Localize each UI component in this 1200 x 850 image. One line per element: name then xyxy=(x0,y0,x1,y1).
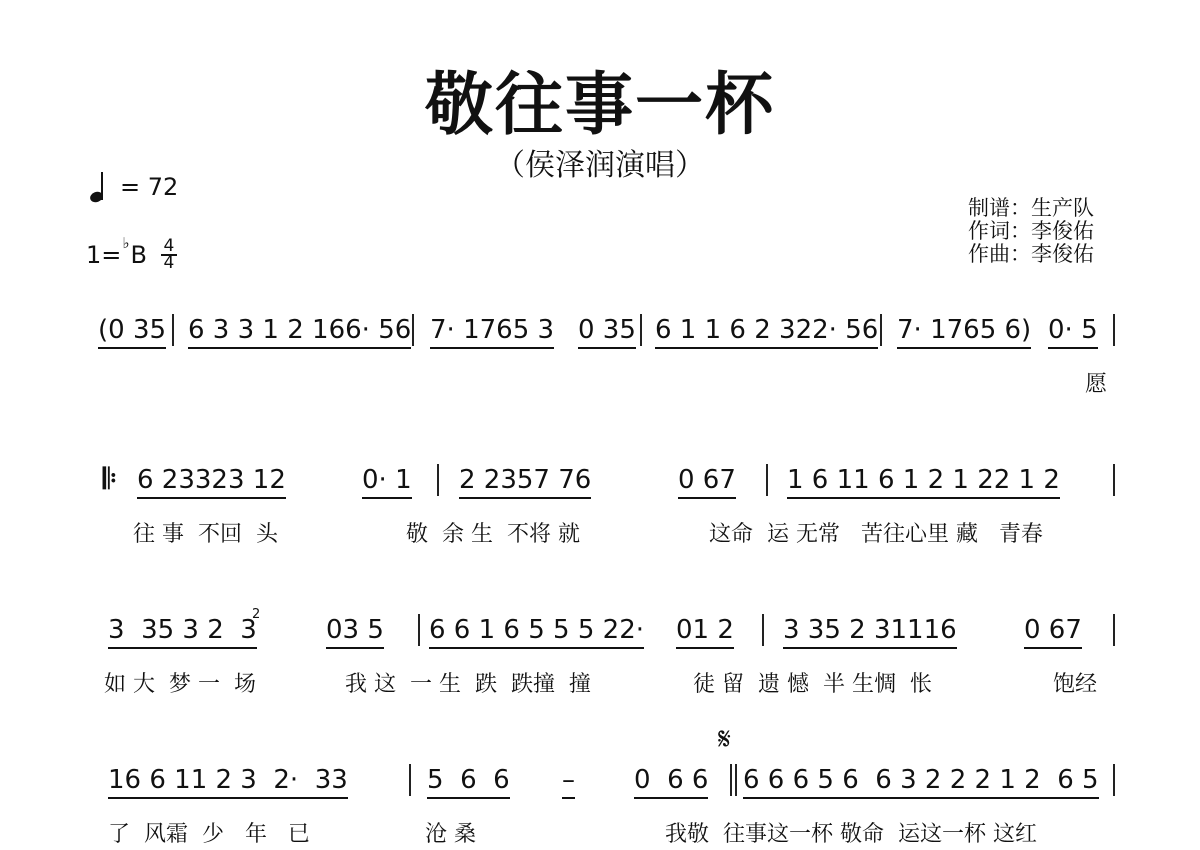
key-note: B xyxy=(130,238,146,272)
song-title: 敬往事一杯 xyxy=(0,66,1200,146)
credits: 制谱：生产队 作词：李俊佑 作曲：李俊佑 xyxy=(968,197,1094,266)
bar-line xyxy=(172,314,174,346)
grace-note: 2 xyxy=(252,600,260,630)
lyric-text: 我 这 一 生 跌 跌撞 撞 xyxy=(345,672,591,698)
quarter-note-icon xyxy=(90,170,106,204)
beam-line xyxy=(634,797,708,799)
lyric-text: 敬 余 生 不将 就 xyxy=(406,522,580,548)
credit-composer: 作曲：李俊佑 xyxy=(968,243,1094,266)
time-sig-top: 4 xyxy=(164,239,175,254)
bar-line xyxy=(1113,464,1115,496)
lyric-text: 往 事 不回 头 xyxy=(133,522,278,548)
lyric-text: 我敬 往事这一杯 敬命 运这一杯 这红 xyxy=(665,822,1037,848)
note-group: 6 3 3 1 2 166· 56 xyxy=(188,315,411,345)
note-group: 7· 1765 3 xyxy=(430,315,554,345)
note-group: 16 6 11 2 3 2· 33 xyxy=(108,765,348,795)
note-group: 3 35 3 2 3 xyxy=(108,615,257,645)
lyric-text: 这命 运 无常 苦往心里 藏 青春 xyxy=(709,522,1043,548)
song-subtitle: （侯泽润演唱） xyxy=(0,146,1200,186)
lyric-text: 了 风霜 少 年 已 xyxy=(108,822,310,848)
beam-line xyxy=(783,647,957,649)
note-group: 6 6 6 5 6 6 3 2 2 2 1 2 6 5 xyxy=(743,765,1099,795)
beam-line xyxy=(743,797,1099,799)
lyric-text: 愿 xyxy=(1085,372,1107,398)
note-group: 3 35 2 31116 xyxy=(783,615,957,645)
note-group: (0 35 xyxy=(98,315,166,345)
bar-line xyxy=(1113,314,1115,346)
beam-line xyxy=(1048,347,1098,349)
note-group: 5 6 6 xyxy=(427,765,510,795)
note-group: 03 5 xyxy=(326,615,384,645)
beam-line xyxy=(678,497,736,499)
bar-line xyxy=(1113,614,1115,646)
beam-line xyxy=(578,347,636,349)
note-group: 0 67 xyxy=(678,465,736,495)
beam-line xyxy=(427,797,510,799)
note-group: 0 67 xyxy=(1024,615,1082,645)
beam-line xyxy=(459,497,591,499)
note-group: 6 23323 12 xyxy=(137,465,286,495)
beam-line xyxy=(98,347,166,349)
note-group: 0 6 6 xyxy=(634,765,708,795)
beam-line xyxy=(897,347,1031,349)
bar-line xyxy=(412,314,414,346)
beam-line xyxy=(362,497,412,499)
flat-icon: ♭ xyxy=(122,226,129,260)
bar-line xyxy=(762,614,764,646)
note-group: 0· 5 xyxy=(1048,315,1098,345)
double-bar-line xyxy=(730,764,732,796)
time-signature: 4 4 xyxy=(161,239,177,271)
note-group: 0 35 xyxy=(578,315,636,345)
tempo-marking: = 72 xyxy=(90,170,178,204)
note-group: 01 2 xyxy=(676,615,734,645)
bar-line xyxy=(640,314,642,346)
bar-line xyxy=(437,464,439,496)
credit-transcriber: 制谱：生产队 xyxy=(968,197,1094,220)
lyric-text: 饱经 xyxy=(1053,672,1097,698)
beam-line xyxy=(429,647,644,649)
key-prefix: 1= xyxy=(86,238,121,272)
lyric-text: 徒 留 遗 憾 半 生惆 怅 xyxy=(693,672,932,698)
note-group: 1 6 11 6 1 2 1 22 1 2 xyxy=(787,465,1060,495)
note-group: 7· 1765 6) xyxy=(897,315,1031,345)
bar-line xyxy=(409,764,411,796)
beam-line xyxy=(137,497,286,499)
time-sig-bottom: 4 xyxy=(164,256,175,271)
bar-line xyxy=(418,614,420,646)
credit-lyricist: 作词：李俊佑 xyxy=(968,220,1094,243)
segno-icon: 𝄋 xyxy=(718,725,731,755)
beam-line xyxy=(655,347,878,349)
note-group: 2 2357 76 xyxy=(459,465,591,495)
beam-line xyxy=(787,497,1060,499)
note-group: 6 1 1 6 2 322· 56 xyxy=(655,315,878,345)
note-group: 6 6 1 6 5 5 5 22· xyxy=(429,615,644,645)
bar-line xyxy=(766,464,768,496)
beam-line xyxy=(326,647,384,649)
key-signature: 1= ♭ B 4 4 xyxy=(86,238,177,272)
lyric-text: 沧 桑 xyxy=(425,822,476,848)
tempo-value: = 72 xyxy=(120,170,178,204)
beam-line xyxy=(108,647,257,649)
note-group: 0· 1 xyxy=(362,465,412,495)
repeat-start-sign: 𝄆 xyxy=(103,462,117,496)
beam-line xyxy=(430,347,554,349)
double-bar-line xyxy=(735,764,737,796)
beam-line xyxy=(108,797,348,799)
beam-line xyxy=(676,647,734,649)
lyric-text: 如 大 梦 一 场 xyxy=(104,672,256,698)
note-group: – xyxy=(562,765,575,795)
bar-line xyxy=(880,314,882,346)
beam-line xyxy=(188,347,411,349)
bar-line xyxy=(1113,764,1115,796)
beam-line xyxy=(562,797,575,799)
beam-line xyxy=(1024,647,1082,649)
